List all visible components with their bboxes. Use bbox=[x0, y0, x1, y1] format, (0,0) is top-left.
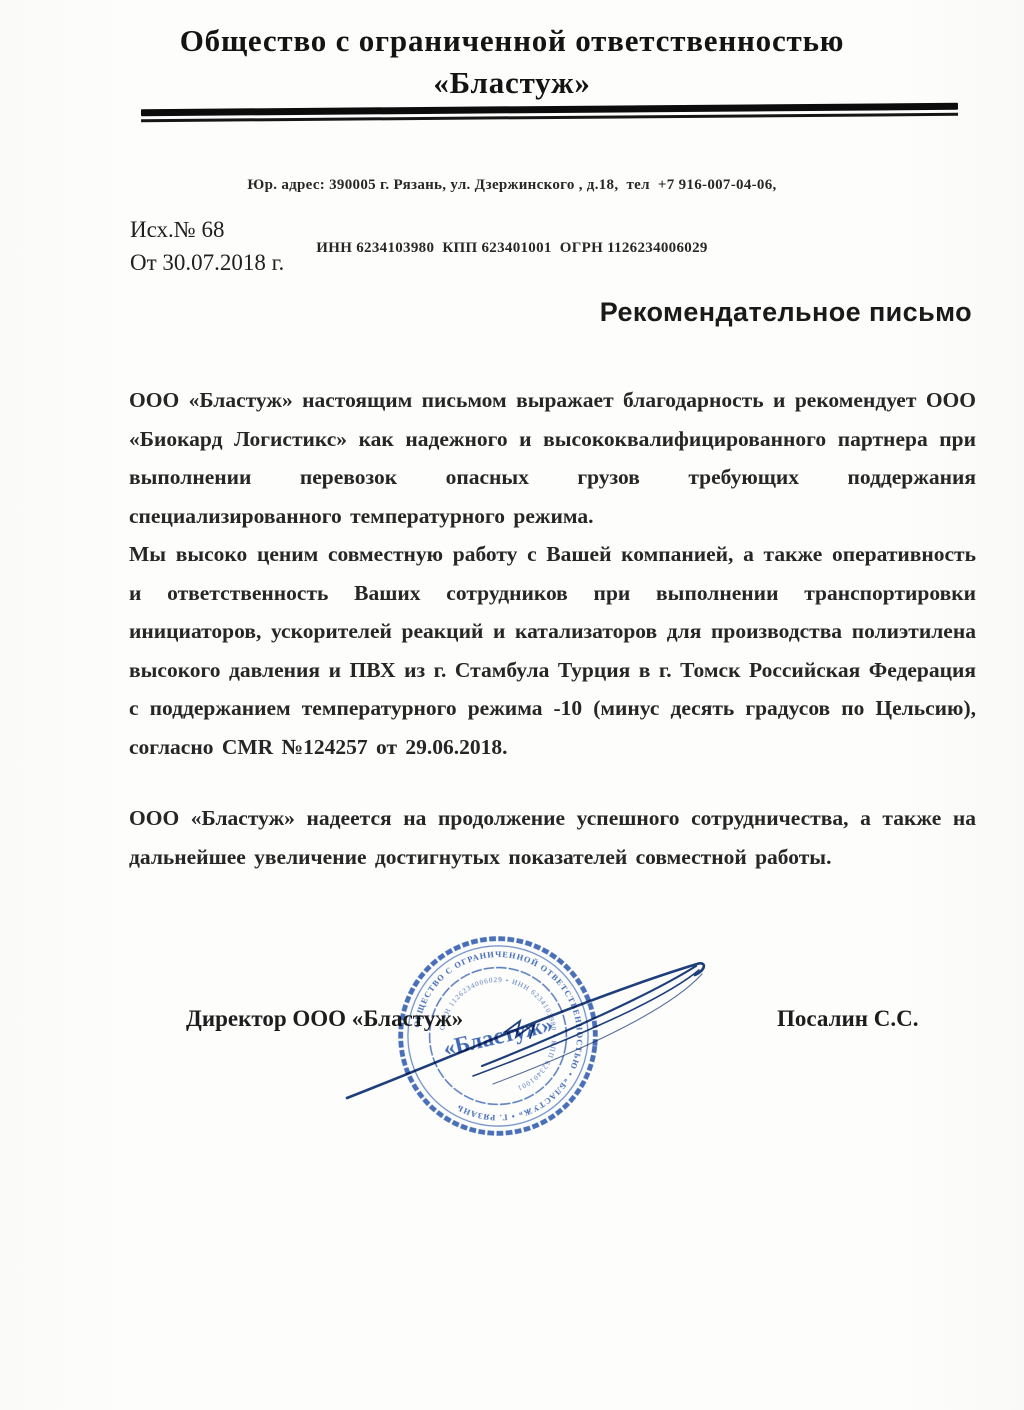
letter-meta: Исх.№ 68 От 30.07.2018 г. bbox=[130, 213, 284, 279]
body-paragraph-3: ООО «Бластуж» надеется на продолжение ус… bbox=[129, 799, 976, 876]
address-line1: Юр. адрес: 390005 г. Рязань, ул. Дзержин… bbox=[0, 175, 1024, 196]
body-paragraph-2: Мы высоко ценим совместную работу с Ваше… bbox=[129, 535, 976, 766]
letterhead-org-name: Общество с ограниченной ответственностью… bbox=[0, 20, 1024, 104]
signature-strokes bbox=[325, 928, 725, 1113]
letter-date: От 30.07.2018 г. bbox=[130, 246, 284, 279]
body-paragraph-1: ООО «Бластуж» настоящим письмом выражает… bbox=[129, 381, 976, 535]
letterhead-divider bbox=[141, 103, 958, 122]
outgoing-number: Исх.№ 68 bbox=[130, 213, 284, 246]
document-page: Общество с ограниченной ответственностью… bbox=[0, 0, 1024, 1410]
letter-title: Рекомендательное письмо bbox=[600, 297, 972, 328]
letter-body: ООО «Бластуж» настоящим письмом выражает… bbox=[129, 381, 976, 876]
signature-ink bbox=[347, 963, 704, 1098]
signer-name: Посалин С.С. bbox=[777, 1006, 918, 1032]
org-name-line2: «Бластуж» bbox=[0, 62, 1024, 104]
org-name-line1: Общество с ограниченной ответственностью bbox=[0, 20, 1024, 62]
